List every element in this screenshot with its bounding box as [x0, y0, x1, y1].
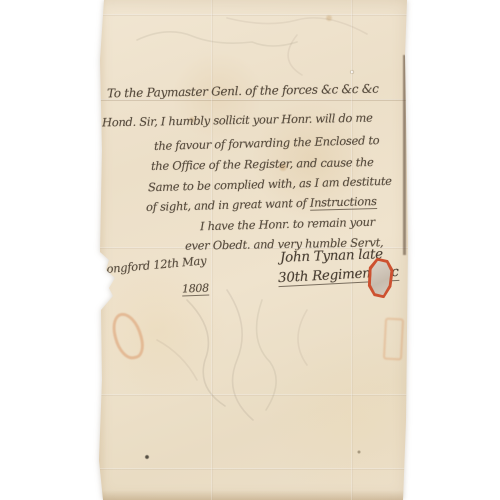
body-line-3: the Office of the Register, and cause th…: [151, 155, 374, 173]
faint-red-postmark-fragment: [109, 309, 148, 362]
underlined-word-instructions: Instructions: [310, 194, 377, 211]
fold-crease-horizontal-bottom: [97, 468, 408, 470]
body-line-5: of sight, and in great want of Instructi…: [146, 194, 377, 214]
body-line-4: Same to be complied with, as I am destit…: [148, 174, 392, 194]
fold-crease-horizontal-lower: [97, 394, 408, 396]
body-line-2: the favour of forwarding the Enclosed to: [154, 133, 380, 153]
body-line-1: Hond. Sir, I humbly sollicit your Honr. …: [102, 111, 373, 130]
body-line-5-text: of sight, and in great want of: [146, 196, 307, 214]
dateline-place: Longford 12th May: [99, 253, 207, 276]
faint-red-stamp-fragment: [383, 318, 404, 361]
letter-scan: To the Paymaster Genl. of the forces &c …: [0, 0, 500, 500]
dateline-year: 1808: [182, 282, 209, 296]
closing-line-1: I have the Honr. to remain your: [200, 215, 375, 234]
paper-right-folded-edge: [403, 55, 406, 255]
letter-paper: To the Paymaster Genl. of the forces &c …: [97, 0, 408, 500]
paper-wrapper: To the Paymaster Genl. of the forces &c …: [97, 0, 408, 500]
wax-seal-torn-center: [370, 260, 391, 295]
fold-crease-horizontal-top: [97, 14, 408, 16]
signature-name: John Tynan late: [280, 246, 383, 266]
address-line: To the Paymaster Genl. of the forces &c …: [107, 82, 379, 101]
dateline-year-text: 1808: [182, 282, 209, 297]
